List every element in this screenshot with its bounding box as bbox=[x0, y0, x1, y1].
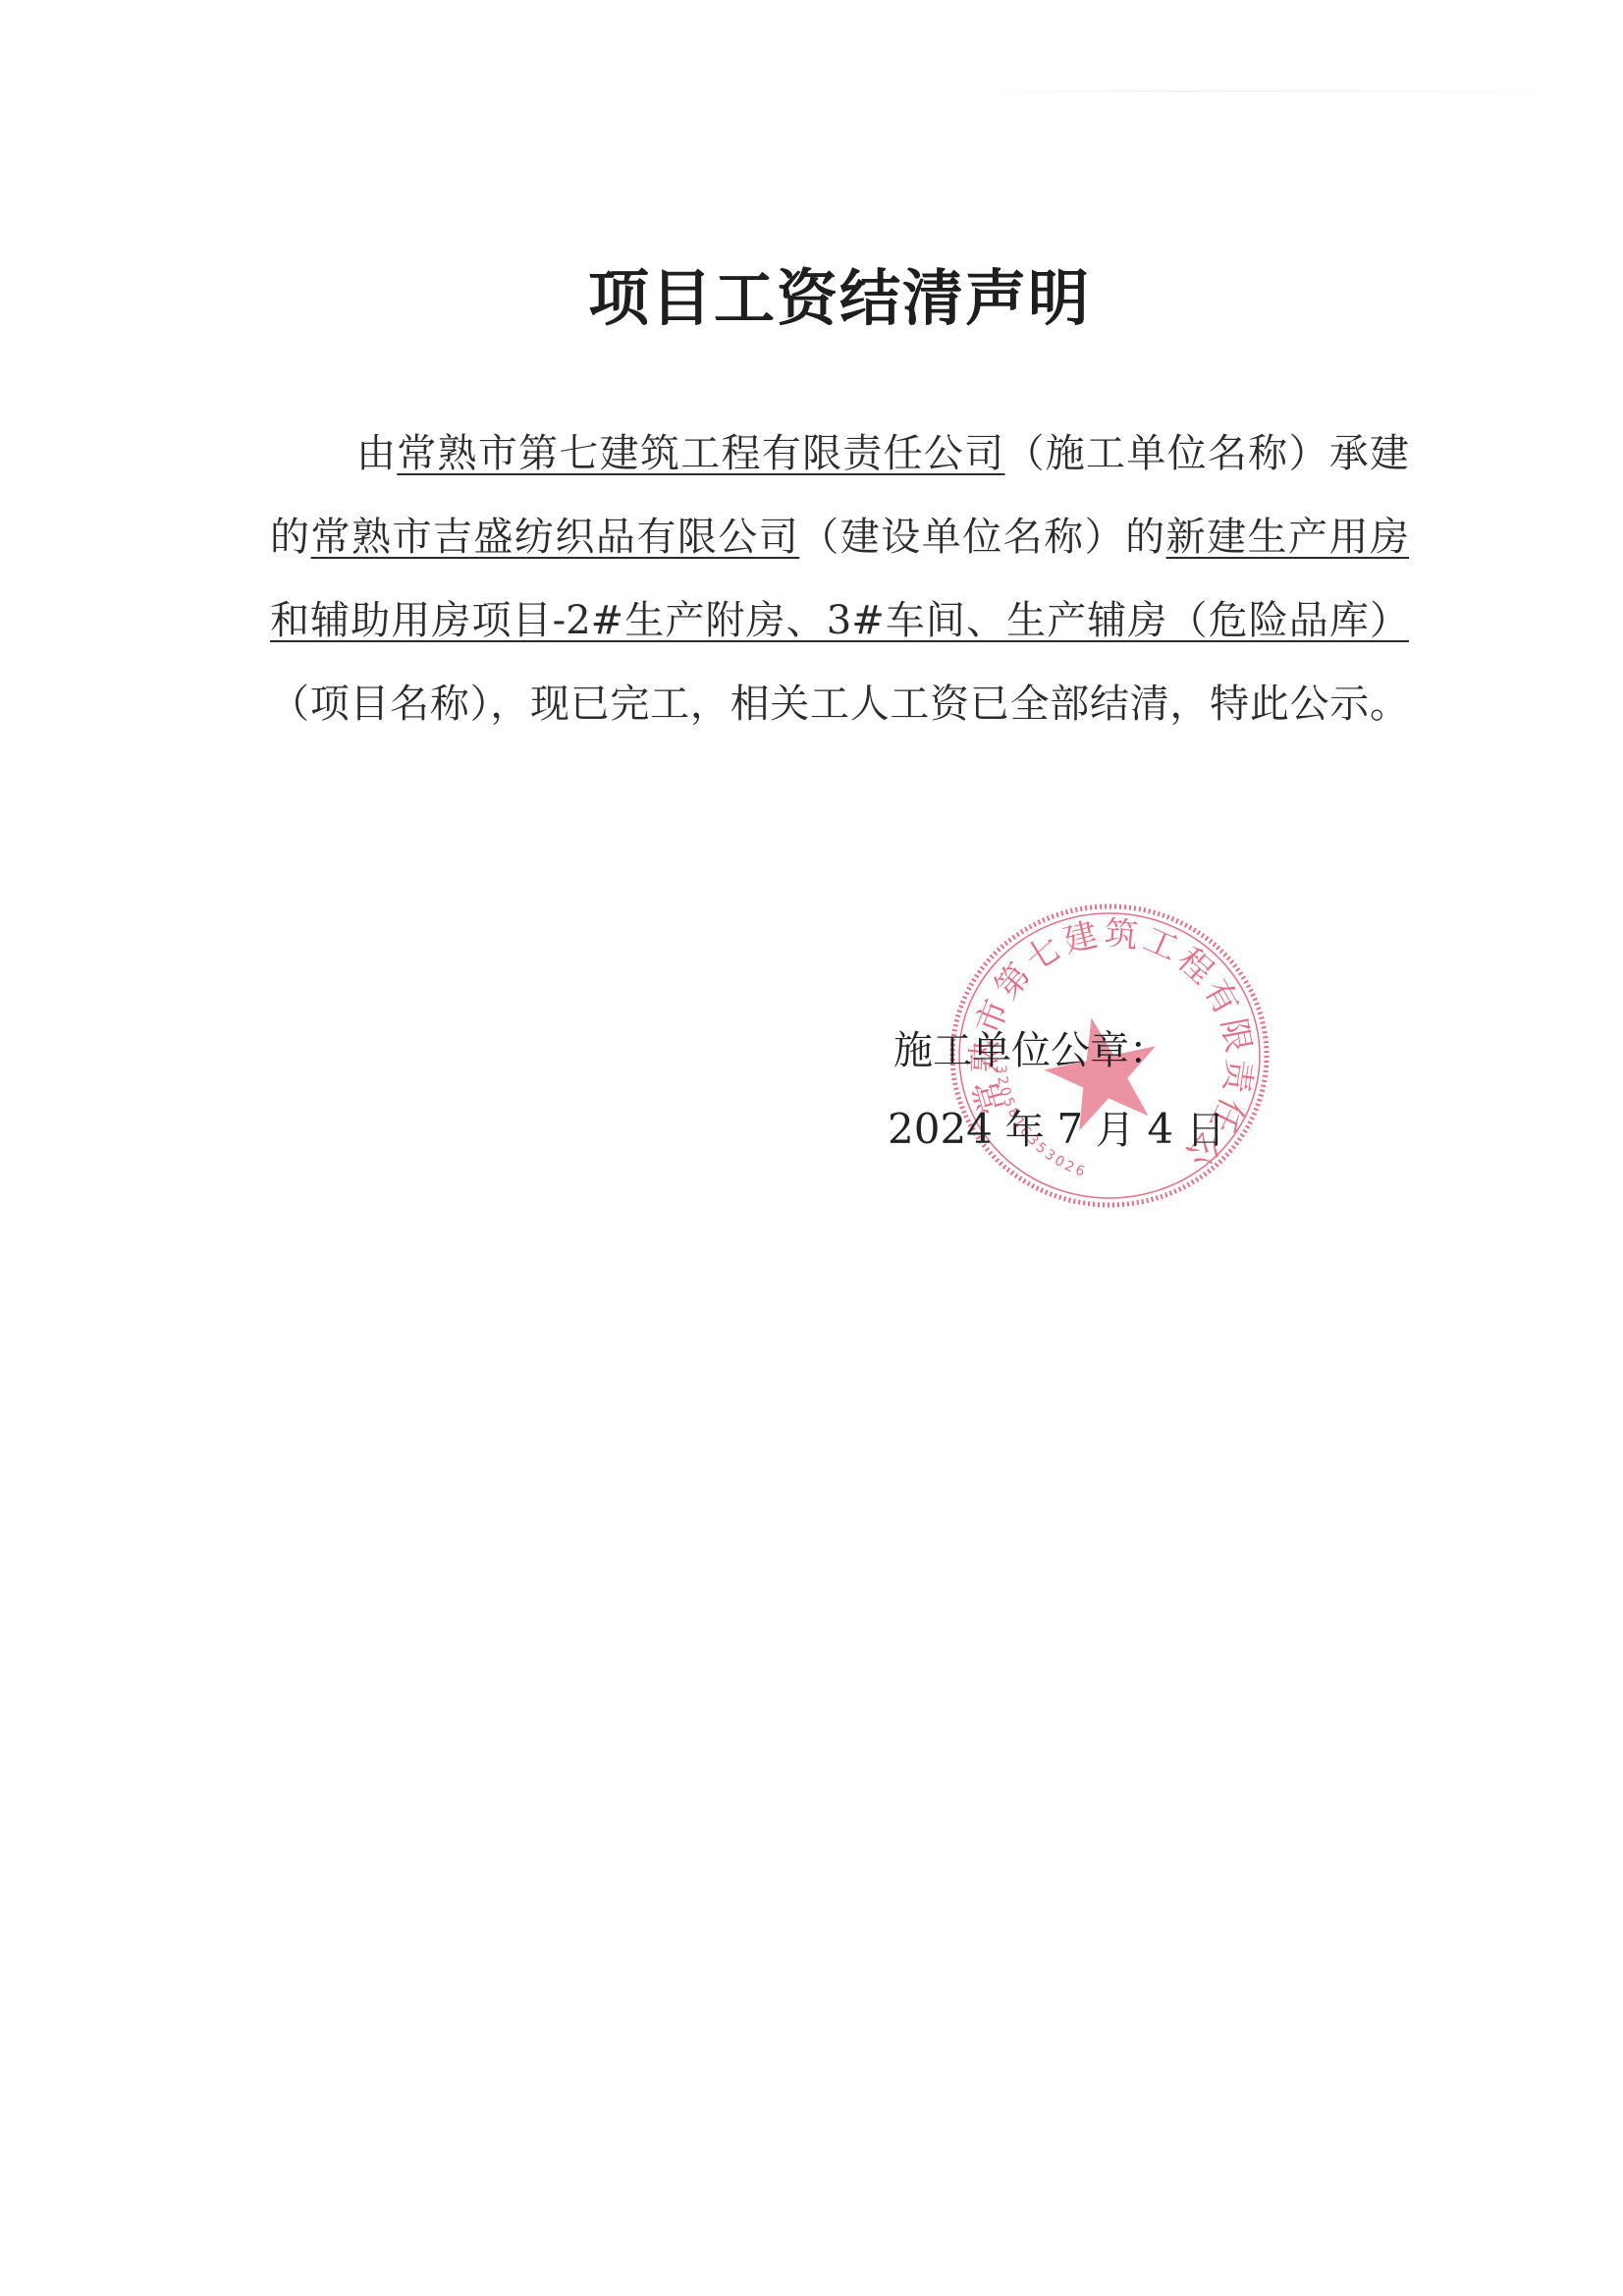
project-name-part2: 和辅助用房项目-2#生产附房、3#车间、生产辅房（危险品库） bbox=[270, 598, 1409, 643]
line2-prefix: 的 bbox=[270, 515, 310, 560]
date-year-unit: 年 bbox=[1005, 1108, 1045, 1153]
date-year: 2024 bbox=[888, 1105, 993, 1153]
paragraph-line-3: 和辅助用房项目-2#生产附房、3#车间、生产辅房（危险品库） bbox=[270, 579, 1409, 663]
paragraph-line-4: （项目名称），现已完工，相关工人工资已全部结清，特此公示。 bbox=[270, 663, 1409, 746]
project-name-part1: 新建生产用房 bbox=[1166, 515, 1409, 560]
document-title: 项目工资结清声明 bbox=[0, 249, 1623, 337]
completion-statement: （项目名称），现已完工，相关工人工资已全部结清，特此公示。 bbox=[270, 682, 1409, 727]
owner-hint: （建设单位名称）的 bbox=[799, 515, 1165, 560]
paragraph-line-1: 由常熟市第七建筑工程有限责任公司（施工单位名称）承建 bbox=[270, 412, 1409, 496]
seal-label: 施工单位公章： bbox=[893, 1011, 1225, 1090]
declaration-paragraph: 由常熟市第七建筑工程有限责任公司（施工单位名称）承建 的常熟市吉盛纺织品有限公司… bbox=[270, 412, 1409, 746]
signature-date: 2024 年 7 月 4 日 bbox=[888, 1090, 1225, 1170]
date-day-unit: 日 bbox=[1186, 1108, 1225, 1153]
owner-name: 常熟市吉盛纺织品有限公司 bbox=[310, 515, 799, 560]
contractor-hint: （施工单位名称）承建 bbox=[1004, 431, 1409, 476]
date-month-unit: 月 bbox=[1096, 1108, 1135, 1153]
paragraph-line-2: 的常熟市吉盛纺织品有限公司（建设单位名称）的新建生产用房 bbox=[270, 496, 1409, 579]
date-month: 7 bbox=[1056, 1105, 1083, 1153]
line1-prefix: 由 bbox=[356, 431, 397, 476]
date-day: 4 bbox=[1148, 1105, 1174, 1153]
signature-block: 施工单位公章： 2024 年 7 月 4 日 bbox=[893, 1011, 1225, 1170]
contractor-name: 常熟市第七建筑工程有限责任公司 bbox=[397, 431, 1004, 476]
scan-artifact-line bbox=[972, 90, 1581, 92]
